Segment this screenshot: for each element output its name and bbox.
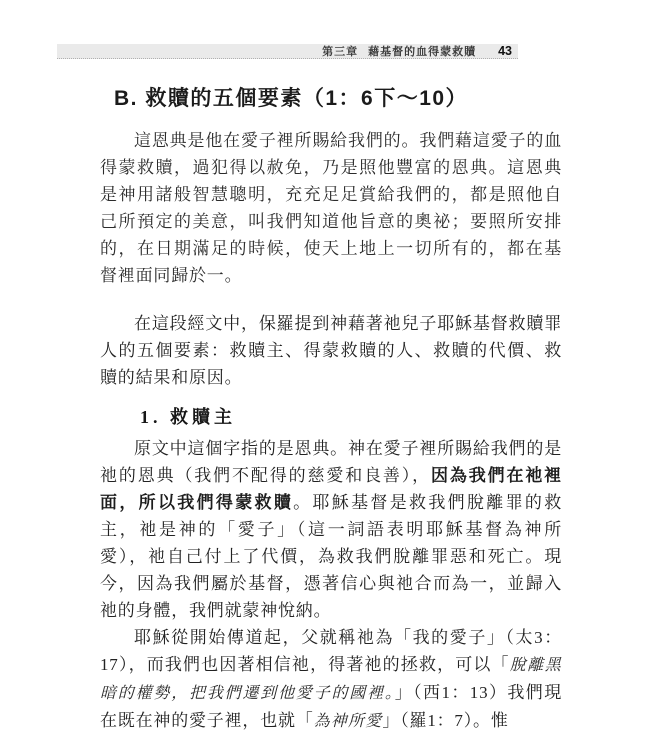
- section-title: B. 救贖的五個要素（1：6下～10）: [100, 84, 562, 114]
- page-number: 43: [498, 44, 512, 58]
- running-header-chapter: 第三章: [322, 43, 358, 59]
- text-run: 」（羅1：7）。惟: [382, 711, 508, 730]
- book-page: 第三章 藉基督的血得蒙救贖 43 B. 救贖的五個要素（1：6下～10） 這恩典…: [0, 0, 650, 750]
- text-run: 耶穌從開始傳道起，父就稱祂為「我的愛子」（太3：17），而我們也因著相信祂，得著…: [100, 628, 562, 674]
- scripture-quote-paragraph: 這恩典是他在愛子裡所賜給我們的。我們藉這愛子的血得蒙救贖，過犯得以赦免，乃是照他…: [100, 127, 562, 289]
- page-content: B. 救贖的五個要素（1：6下～10） 這恩典是他在愛子裡所賜給我們的。我們藉這…: [100, 84, 562, 735]
- running-header-title: 藉基督的血得蒙救贖: [368, 43, 476, 59]
- text-run-scripture: 為神所愛: [314, 713, 383, 730]
- paragraph-redeemer: 原文中這個字指的是恩典。神在愛子裡所賜給我們的是祂的恩典（我們不配得的慈愛和良善…: [100, 435, 562, 624]
- running-header: 第三章 藉基督的血得蒙救贖 43: [57, 44, 518, 59]
- text-run: 。耶穌基督是救我們脫離罪的救主，祂是神的「愛子」（這一詞語表明耶穌基督為神所愛）…: [100, 493, 562, 620]
- paragraph-beloved-son: 耶穌從開始傳道起，父就稱祂為「我的愛子」（太3：17），而我們也因著相信祂，得著…: [100, 624, 562, 735]
- intro-paragraph: 在這段經文中，保羅提到神藉著祂兒子耶穌基督救贖罪人的五個要素：救贖主、得蒙救贖的…: [100, 310, 562, 391]
- subsection-heading: 1. 救贖主: [140, 404, 562, 430]
